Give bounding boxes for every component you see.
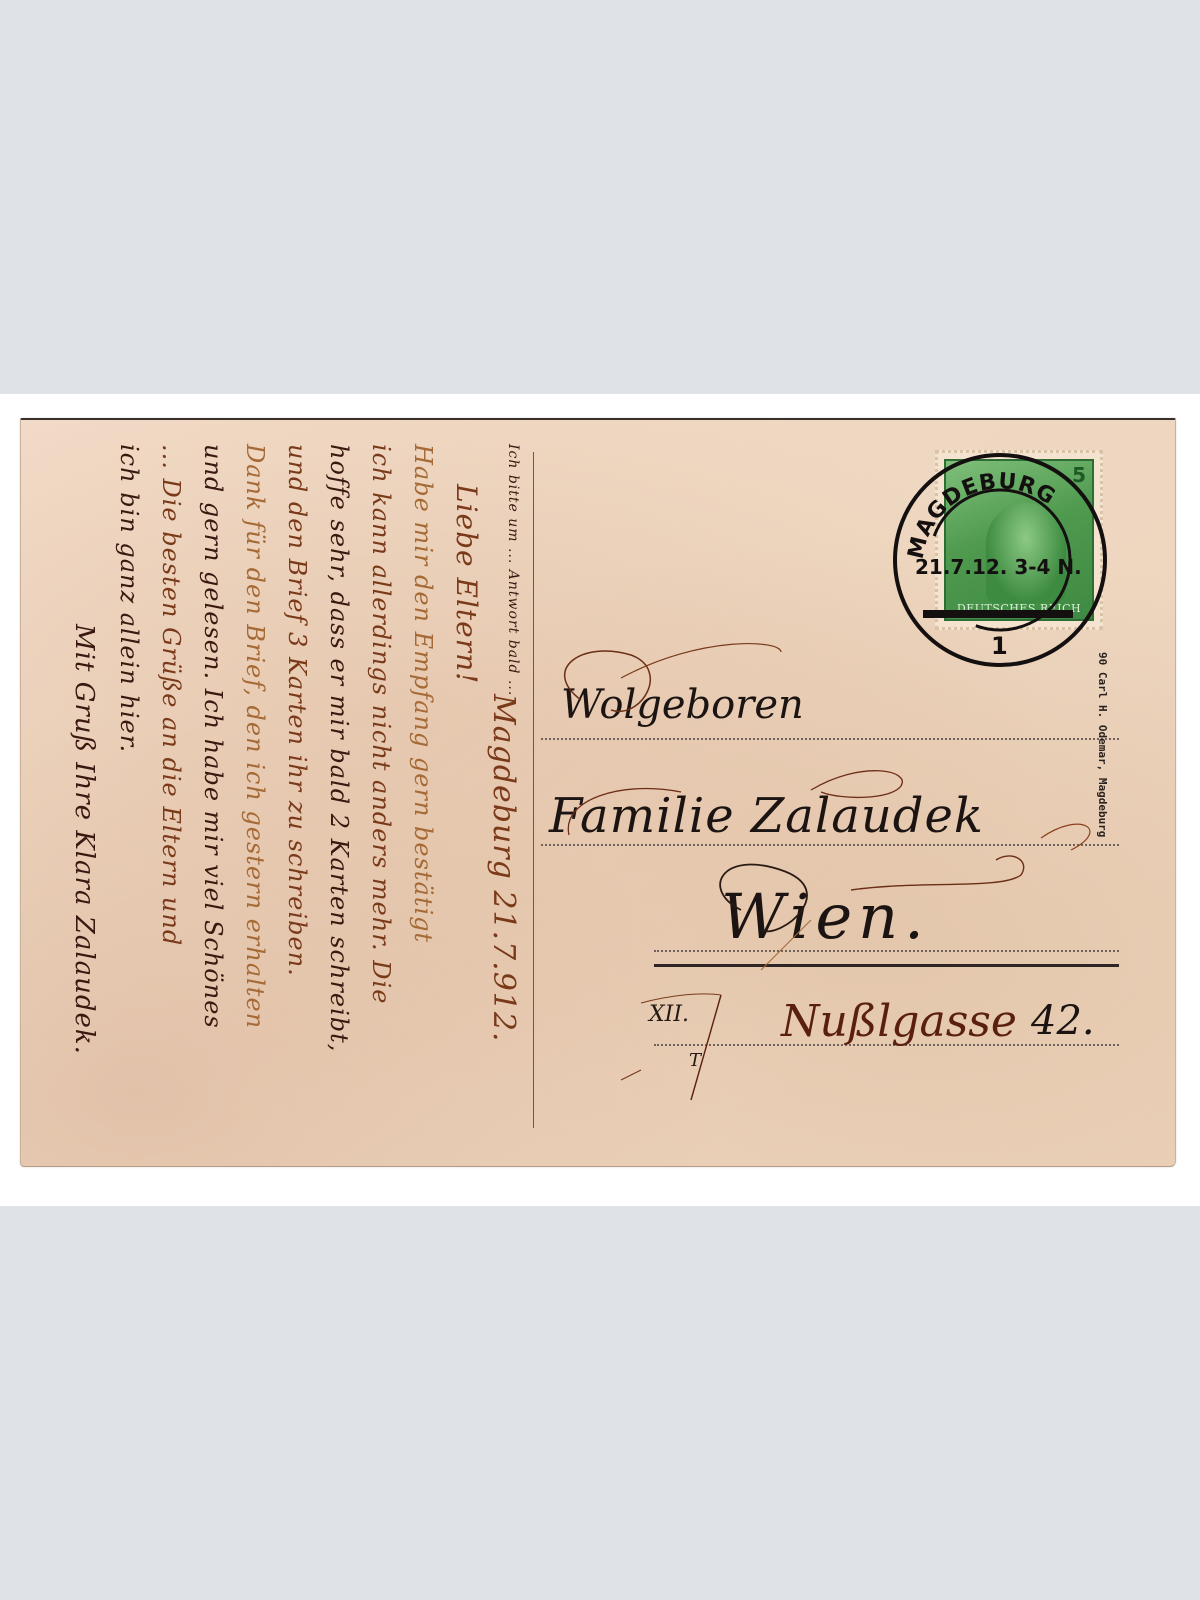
message-place-date: Magdeburg 21.7.912. xyxy=(486,694,521,1043)
message-line: hoffe sehr, dass er mir bald 2 Karten sc… xyxy=(325,444,353,1052)
message-address-divider xyxy=(533,452,534,1128)
address-district: XII. xyxy=(649,1002,689,1027)
address-house-number: 42. xyxy=(1031,998,1095,1044)
printer-imprint: 90 Carl H. Odemar, Magdeburg xyxy=(1096,652,1109,837)
message-line: und gern gelesen. Ich habe mir viel Schö… xyxy=(199,444,227,1029)
address-recipient-name: Familie Zalaudek xyxy=(549,788,984,844)
address-city: Wien. xyxy=(721,880,930,953)
address-line-solid xyxy=(654,964,1119,967)
message-greeting: Liebe Eltern! xyxy=(450,484,483,684)
address-salutation: Wolgeboren xyxy=(561,682,804,728)
message-signature: Mit Gruß Ihre Klara Zalaudek. xyxy=(69,624,99,1055)
message-line: ... Die besten Grüße an die Eltern und xyxy=(157,444,185,946)
postmark-cancellation: MAGDEBURG 21.7.12. 3-4 N. 1 xyxy=(885,440,1115,670)
handwritten-message: Magdeburg 21.7.912. Ich bitte um ... Ant… xyxy=(39,444,519,1144)
address-street: Nußlgasse xyxy=(781,996,1017,1047)
postcard: Magdeburg 21.7.912. Ich bitte um ... Ant… xyxy=(20,418,1176,1167)
postmark-datetime: 21.7.12. 3-4 N. xyxy=(915,555,1082,579)
message-line: Dank für den Brief, den ich gestern erha… xyxy=(241,444,269,1029)
message-line: ich kann allerdings nicht anders mehr. D… xyxy=(367,444,395,1004)
postmark-office: 1 xyxy=(991,632,1008,660)
address-line xyxy=(541,844,1119,846)
message-line: ich bin ganz allein hier. xyxy=(115,444,143,753)
message-line: und den Brief 3 Karten ihr zu schreiben. xyxy=(283,444,311,977)
message-line: Habe mir den Empfang gern bestätigt xyxy=(409,444,437,943)
message-margin-note: Ich bitte um ... Antwort bald ... xyxy=(505,444,521,696)
address-district-sub: T xyxy=(689,1050,701,1071)
address-line xyxy=(541,738,1119,740)
